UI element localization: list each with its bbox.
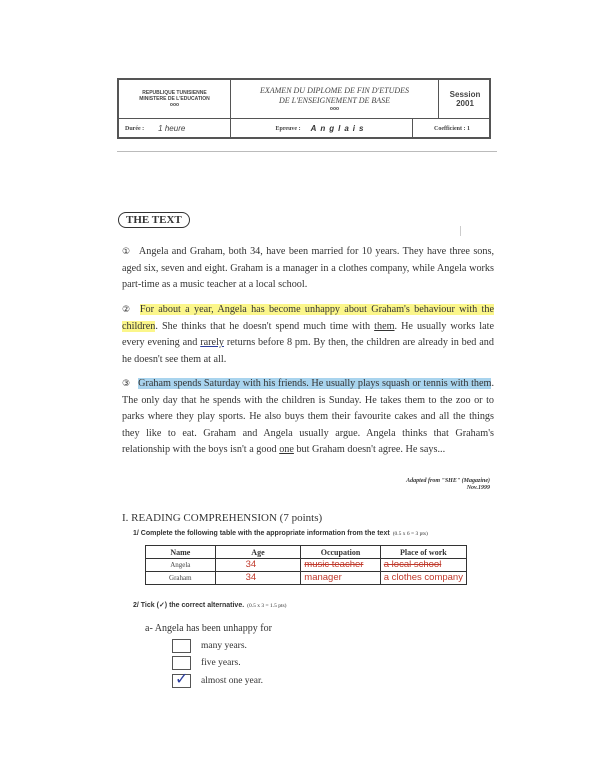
paragraph-1-text: Angela and Graham, both 34, have been ma…	[122, 246, 494, 290]
question-2-points: (0.5 x 3 = 1.5 pts)	[247, 603, 286, 609]
checkbox[interactable]	[172, 639, 191, 653]
coefficient-text: Coefficient : 1	[434, 126, 470, 132]
underlined-rarely: rarely	[200, 337, 224, 348]
option-label: almost one year.	[201, 676, 263, 686]
check-icon: ✓	[175, 670, 188, 688]
source-line-1: Adapted from "SHE" (Magazine)	[368, 478, 490, 485]
paragraph-number-2: ②	[122, 305, 132, 315]
option-many-years[interactable]: many years.	[172, 639, 247, 653]
option-five-years[interactable]: five years.	[172, 656, 241, 670]
cell-occupation-answer[interactable]: manager	[301, 572, 380, 585]
column-header-occupation: Occupation	[301, 546, 380, 559]
ministry-cell: REPUBLIQUE TUNISIENNE MINISTERE DE L'EDU…	[119, 80, 231, 118]
duration-value: 1 heure	[158, 124, 185, 133]
scan-mark	[460, 226, 461, 236]
session-cell: Session 2001	[439, 80, 491, 118]
blue-highlight: Graham spends Saturday with his friends.…	[138, 378, 491, 389]
column-header-name: Name	[146, 546, 216, 559]
cell-occupation-answer[interactable]: music teacher	[301, 559, 380, 572]
checkbox-checked[interactable]: ✓	[172, 674, 191, 688]
cell-place-answer[interactable]: a clothes company	[380, 572, 466, 585]
paragraph-1: ①Angela and Graham, both 34, have been m…	[122, 244, 494, 294]
session-year: 2001	[456, 99, 474, 108]
question-1-instruction: 1/ Complete the following table with the…	[133, 530, 390, 537]
ornament: ooo	[330, 106, 339, 112]
cell-age-answer[interactable]: 34	[215, 572, 301, 585]
subject-label: Epreuve :	[276, 126, 301, 132]
answer-table: Name Age Occupation Place of work Angela…	[145, 545, 467, 585]
subject-value: Anglais	[311, 124, 368, 133]
duration-cell: Durée : 1 heure	[119, 118, 231, 139]
header-row-2: Durée : 1 heure Epreuve : Anglais Coeffi…	[119, 118, 489, 139]
paragraph-2-text-a: . She thinks that he doesn't spend much …	[155, 321, 374, 332]
question-2a: a- Angela has been unhappy for	[145, 623, 272, 634]
paragraph-number-3: ③	[122, 379, 130, 389]
paragraph-3: ③Graham spends Saturday with his friends…	[122, 376, 494, 459]
subject-cell: Epreuve : Anglais	[231, 118, 413, 139]
question-2-instruction: 2/ Tick (✓) the correct alternative.	[133, 602, 244, 609]
ornament: ooo	[170, 102, 179, 108]
option-label: many years.	[201, 641, 247, 651]
question-2: 2/ Tick (✓) the correct alternative.(0.5…	[133, 601, 286, 609]
option-label: five years.	[201, 658, 241, 668]
cell-place-answer[interactable]: a local school	[380, 559, 466, 572]
header-row-1: REPUBLIQUE TUNISIENNE MINISTERE DE L'EDU…	[119, 80, 489, 119]
question-1-points: (0.5 x 6 = 3 pts)	[393, 531, 428, 537]
cell-name: Graham	[146, 572, 216, 585]
checkbox[interactable]	[172, 656, 191, 670]
exam-header-table: REPUBLIQUE TUNISIENNE MINISTERE DE L'EDU…	[117, 78, 491, 139]
source-line-2: Nov.1999	[368, 485, 490, 492]
question-1: 1/ Complete the following table with the…	[133, 530, 428, 537]
paragraph-number-1: ①	[122, 247, 131, 257]
paragraph-2: ②For about a year, Angela has become unh…	[122, 302, 494, 368]
duration-label: Durée :	[125, 126, 144, 132]
section-title-the-text: THE TEXT	[118, 212, 190, 228]
column-header-place: Place of work	[380, 546, 466, 559]
column-header-age: Age	[215, 546, 301, 559]
coefficient-cell: Coefficient : 1	[413, 118, 491, 139]
source-citation: Adapted from "SHE" (Magazine) Nov.1999	[368, 478, 490, 492]
underlined-them: them	[374, 321, 394, 332]
table-row: Graham 34 manager a clothes company	[146, 572, 467, 585]
paragraph-3-text-b: but Graham doesn't agree. He says...	[294, 444, 445, 455]
cell-name: Angela	[146, 559, 216, 572]
cell-age-answer[interactable]: 34	[215, 559, 301, 572]
divider	[117, 151, 497, 152]
table-header-row: Name Age Occupation Place of work	[146, 546, 467, 559]
underlined-one: one	[279, 444, 294, 455]
comprehension-title: I. READING COMPREHENSION (7 points)	[122, 512, 322, 524]
exam-title-line1: EXAMEN DU DIPLOME DE FIN D'ETUDES	[260, 86, 409, 96]
exam-title-line2: DE L'ENSEIGNEMENT DE BASE	[279, 96, 390, 106]
table-row: Angela 34 music teacher a local school	[146, 559, 467, 572]
exam-title-cell: EXAMEN DU DIPLOME DE FIN D'ETUDES DE L'E…	[231, 80, 439, 118]
session-label: Session	[450, 90, 481, 99]
option-almost-one-year[interactable]: ✓ almost one year.	[172, 674, 263, 688]
